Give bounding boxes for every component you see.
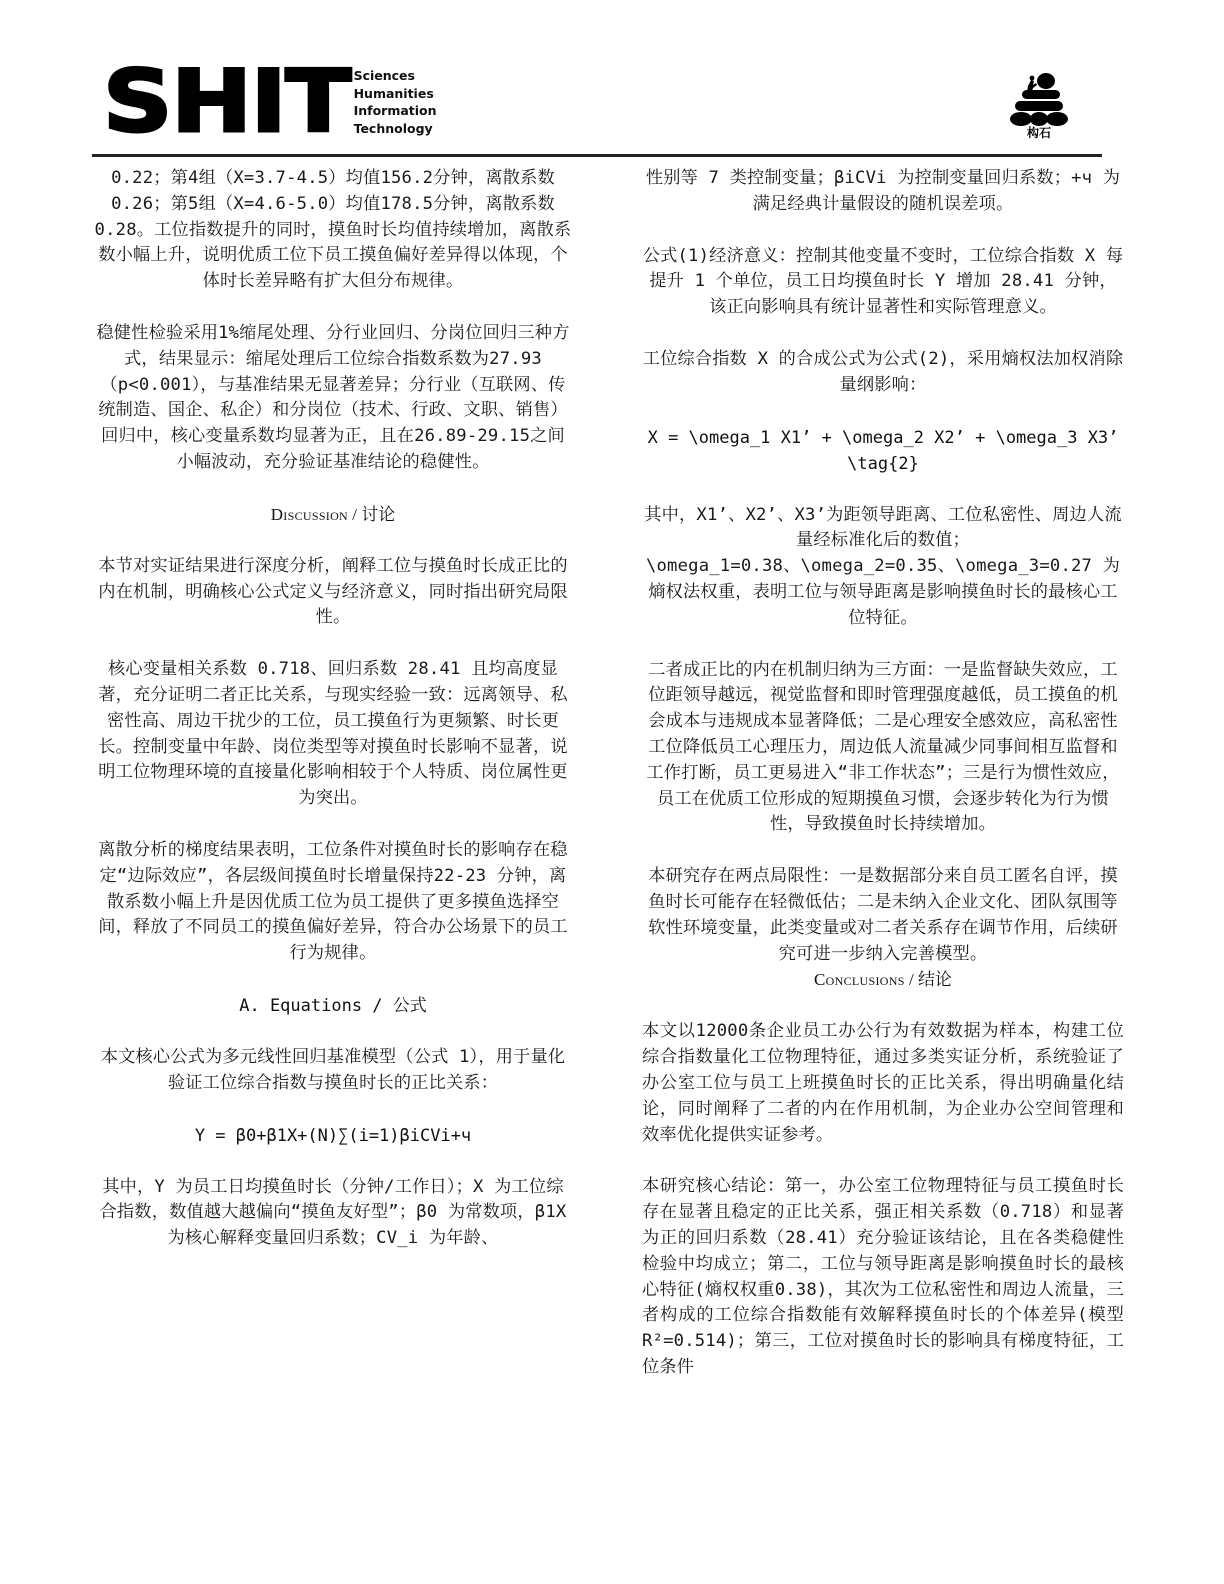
- paragraph-variable-definitions: 其中，Y 为员工日均摸鱼时长（分钟/工作日）；X 为工位综合指数，数值越大越偏向…: [94, 1175, 572, 1252]
- logo-subtitle-line: Sciences: [354, 67, 437, 85]
- heading-zh: 讨论: [361, 505, 395, 524]
- logo-wordmark: SHIT: [103, 66, 350, 138]
- logo-subtitle-line: Humanities: [354, 85, 437, 103]
- heading-sep: /: [348, 505, 361, 524]
- paragraph-core-conclusions: 本研究核心结论：第一，办公室工位物理特征与员工摸鱼时长存在显著且稳定的正比关系，…: [642, 1174, 1124, 1380]
- header-rule: [92, 154, 1102, 157]
- paragraph-mechanisms: 二者成正比的内在机制归纳为三方面：一是监督缺失效应，工位距领导越远，视觉监督和即…: [642, 658, 1124, 839]
- emblem-label: 构石: [1003, 126, 1075, 140]
- subsection-heading-equations: A. Equations / 公式: [94, 993, 572, 1019]
- paragraph-discussion-intro: 本节对实证结果进行深度分析，阐释工位与摸鱼时长成正比的内在机制，明确核心公式定义…: [94, 554, 572, 631]
- section-heading-conclusions: Conclusions / 结论: [642, 967, 1124, 993]
- logo-subtitle-line: Technology: [354, 120, 437, 138]
- equation-2: X = \omega_1 X1’ + \omega_2 X2’ + \omega…: [642, 425, 1124, 477]
- paragraph-control-variables: 性别等 7 类控制变量；βiCVi 为控制变量回归系数；+ч 为满足经典计量假设…: [642, 166, 1124, 218]
- heading-en: Conclusions: [814, 970, 905, 989]
- paragraph-index-formula-intro: 工位综合指数 X 的合成公式为公式(2)，采用熵权法加权消除量纲影响：: [642, 347, 1124, 399]
- publisher-emblem: 构石: [1003, 70, 1075, 140]
- paragraph-core-correlation: 核心变量相关系数 0.718、回归系数 28.41 且均高度显著，充分证明二者正…: [94, 657, 572, 812]
- heading-zh: 结论: [918, 970, 952, 989]
- paragraph-equation-intro: 本文核心公式为多元线性回归基准模型（公式 1），用于量化验证工位综合指数与摸鱼时…: [94, 1045, 572, 1097]
- journal-logo: SHIT Sciences Humanities Information Tec…: [103, 66, 437, 138]
- heading-en: Discussion: [271, 505, 348, 524]
- equation-2-body: X = \omega_1 X1’ + \omega_2 X2’ + \omega…: [642, 425, 1124, 451]
- page-header: SHIT Sciences Humanities Information Tec…: [0, 0, 1224, 158]
- logo-subtitle: Sciences Humanities Information Technolo…: [354, 67, 437, 137]
- paragraph-economic-meaning: 公式(1)经济意义：控制其他变量不变时，工位综合指数 X 每提升 1 个单位，员…: [642, 244, 1124, 321]
- equation-1: Y = β0+β1X+(N)∑(i=1)βiCVi+ч: [94, 1123, 572, 1149]
- logo-subtitle-line: Information: [354, 102, 437, 120]
- heading-sep: /: [905, 970, 918, 989]
- paragraph-entropy-weights: 其中，X1’、X2’、X3’为距领导距离、工位私密性、周边人流量经标准化后的数值…: [642, 503, 1124, 632]
- paragraph-robustness: 稳健性检验采用1%缩尾处理、分行业回归、分岗位回归三种方式，结果显示：缩尾处理后…: [94, 321, 572, 476]
- right-column: 性别等 7 类控制变量；βiCVi 为控制变量回归系数；+ч 为满足经典计量假设…: [642, 166, 1124, 1381]
- paragraph-conclusion-summary: 本文以12000条企业员工办公行为有效数据为样本，构建工位综合指数量化工位物理特…: [642, 1019, 1124, 1148]
- equation-2-tag: \tag{2}: [642, 451, 1124, 477]
- paragraph-marginal-effect: 离散分析的梯度结果表明，工位条件对摸鱼时长的影响存在稳定“边际效应”，各层级间摸…: [94, 838, 572, 967]
- paragraph-limitations: 本研究存在两点局限性：一是数据部分来自员工匿名自评，摸鱼时长可能存在轻微低估；二…: [642, 864, 1124, 967]
- stone-pile-icon: [1006, 70, 1072, 126]
- paragraph-dispersion-groups: 0.22；第4组（X=3.7-4.5）均值156.2分钟，离散系数0.26；第5…: [94, 166, 572, 295]
- section-heading-discussion: Discussion / 讨论: [94, 502, 572, 528]
- left-column: 0.22；第4组（X=3.7-4.5）均值156.2分钟，离散系数0.26；第5…: [94, 166, 572, 1252]
